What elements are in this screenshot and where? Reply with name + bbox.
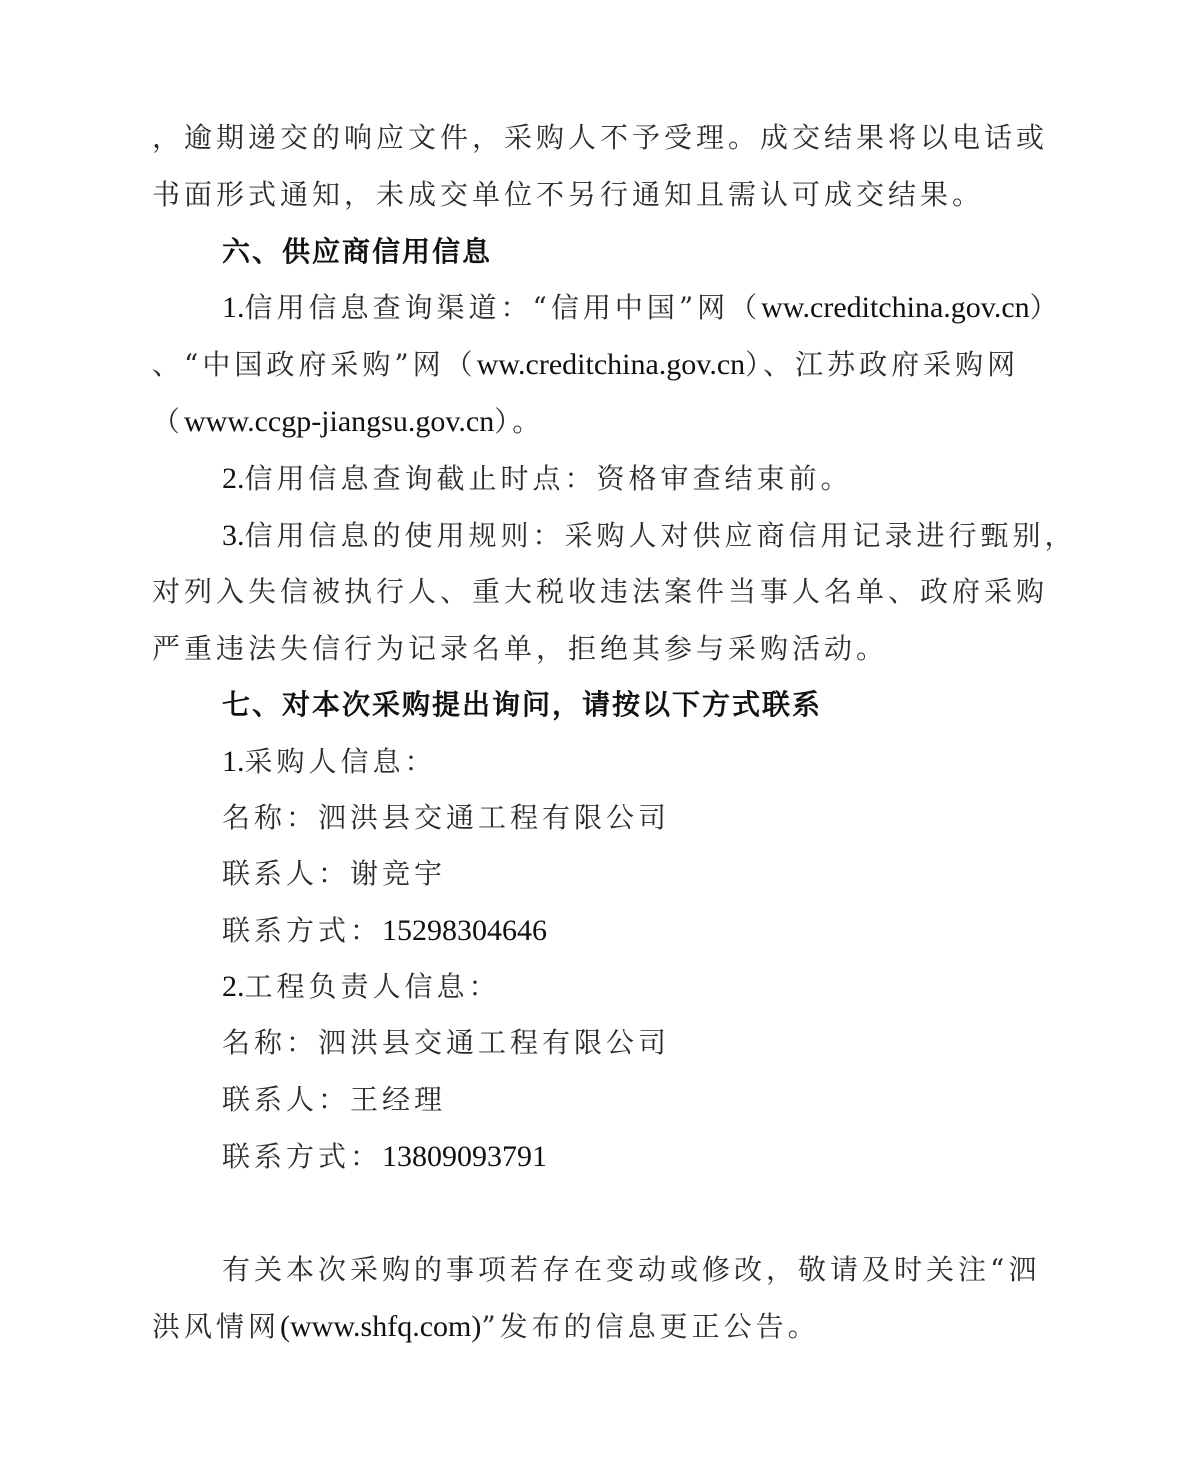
field-label: 名称： (222, 1026, 318, 1059)
field-label: 联系人： (222, 857, 350, 890)
field-label: 联系方式： (222, 1140, 382, 1173)
purchaser-phone-line: 联系方式：15298304646 (222, 911, 547, 951)
purchaser-phone: 15298304646 (382, 914, 547, 947)
item-text: 工程负责人信息： (245, 970, 501, 1003)
project-lead-phone-line: 联系方式：13809093791 (222, 1137, 547, 1177)
closing-line-1: 有关本次采购的事项若存在变动或修改，敬请及时关注“泗 (222, 1250, 1040, 1290)
url-ccgp-jiangsu: www.ccgp-jiangsu.gov.cn (184, 405, 494, 438)
item-number: 3. (222, 519, 245, 552)
item-text: ）。 (494, 405, 544, 438)
purchaser-name: 泗洪县交通工程有限公司 (318, 801, 670, 834)
document-page: ，逾期递交的响应文件，采购人不予受理。成交结果将以电话或 书面形式通知，未成交单… (0, 0, 1200, 1471)
item-text: 、“中国政府采购”网（ (152, 348, 477, 381)
project-lead-contact-line: 联系人：王经理 (222, 1080, 446, 1120)
purchaser-contact: 谢竞宇 (350, 857, 446, 890)
field-label: 名称： (222, 801, 318, 834)
item-text: ）、江苏政府采购网 (745, 348, 1019, 381)
url-shfq: (www.shfq.com) (280, 1310, 481, 1343)
project-lead-contact: 王经理 (350, 1083, 446, 1116)
item-number: 1. (222, 291, 245, 324)
project-lead-name: 泗洪县交通工程有限公司 (318, 1026, 670, 1059)
item-number: 2. (222, 970, 245, 1003)
section-heading-7: 七、对本次采购提出询问，请按以下方式联系 (222, 685, 822, 725)
item-text: ） (1030, 291, 1062, 324)
item-number: 2. (222, 462, 245, 495)
url-creditchina: ww.creditchina.gov.cn (761, 291, 1030, 324)
item-text: （ (152, 405, 184, 438)
paragraph-line: 书面形式通知，未成交单位不另行通知且需认可成交结果。 (152, 175, 984, 215)
credit-channels-line-2: 、“中国政府采购”网（ww.creditchina.gov.cn）、江苏政府采购… (152, 345, 1019, 385)
credit-rules-line-3: 严重违法失信行为记录名单，拒绝其参与采购活动。 (152, 629, 888, 669)
url-ccgp: ww.creditchina.gov.cn (477, 348, 746, 381)
section-heading-6: 六、供应商信用信息 (222, 232, 492, 272)
project-lead-phone: 13809093791 (382, 1140, 547, 1173)
project-lead-info-title: 2.工程负责人信息： (222, 967, 501, 1007)
purchaser-info-title: 1.采购人信息： (222, 742, 437, 782)
credit-deadline-line: 2.信用信息查询截止时点：资格审查结束前。 (222, 459, 853, 499)
project-lead-name-line: 名称：泗洪县交通工程有限公司 (222, 1023, 670, 1063)
item-text: ”发布的信息更正公告。 (481, 1310, 819, 1343)
item-text: 洪风情网 (152, 1310, 280, 1343)
credit-channels-line-3: （www.ccgp-jiangsu.gov.cn）。 (152, 402, 544, 442)
closing-line-2: 洪风情网(www.shfq.com)”发布的信息更正公告。 (152, 1307, 820, 1347)
credit-rules-line-1: 3.信用信息的使用规则：采购人对供应商信用记录进行甄别， (222, 516, 1077, 556)
field-label: 联系人： (222, 1083, 350, 1116)
credit-rules-line-2: 对列入失信被执行人、重大税收违法案件当事人名单、政府采购 (152, 572, 1048, 612)
credit-channels-line-1: 1.信用信息查询渠道：“信用中国”网（ww.creditchina.gov.cn… (222, 288, 1062, 328)
field-label: 联系方式： (222, 914, 382, 947)
item-text: 信用信息的使用规则：采购人对供应商信用记录进行甄别， (245, 519, 1077, 552)
item-text: 信用信息查询截止时点：资格审查结束前。 (245, 462, 853, 495)
paragraph-line: ，逾期递交的响应文件，采购人不予受理。成交结果将以电话或 (152, 118, 1048, 158)
purchaser-contact-line: 联系人：谢竞宇 (222, 854, 446, 894)
item-number: 1. (222, 745, 245, 778)
purchaser-name-line: 名称：泗洪县交通工程有限公司 (222, 798, 670, 838)
item-text: 采购人信息： (245, 745, 437, 778)
item-text: 信用信息查询渠道：“信用中国”网（ (245, 291, 762, 324)
